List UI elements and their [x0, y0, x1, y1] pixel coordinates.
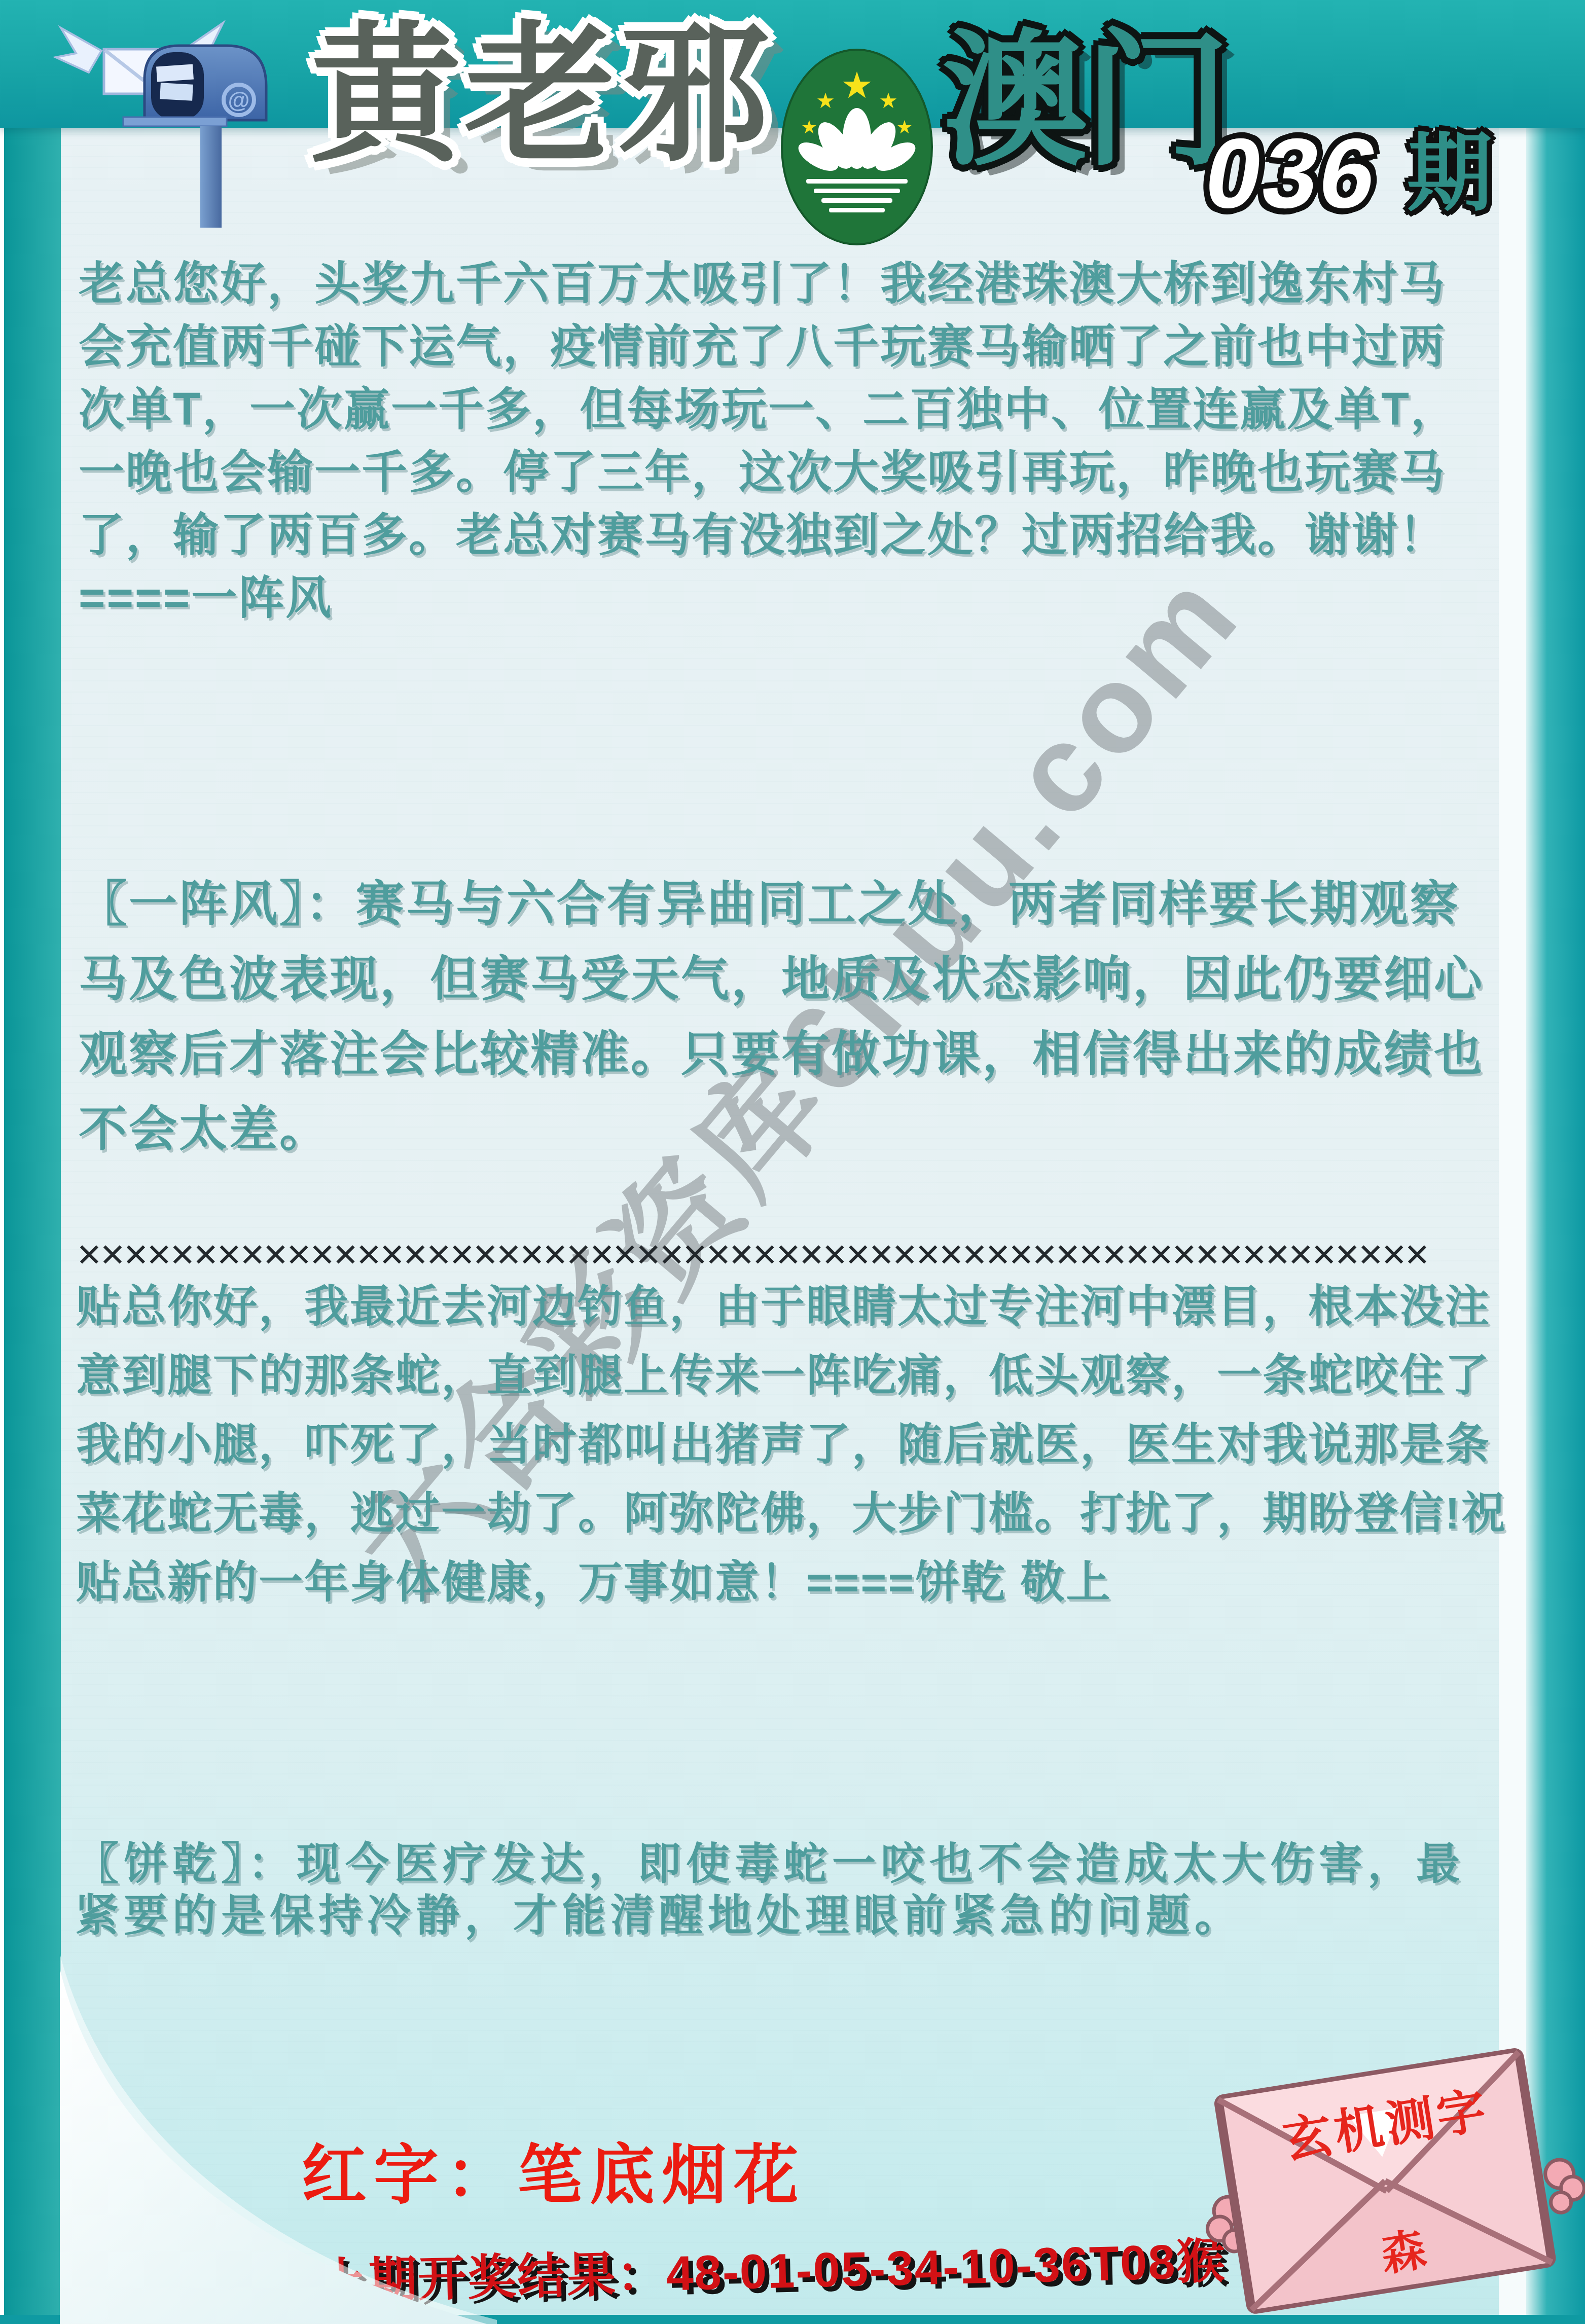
letter-line: 意到腿下的那条蛇，直到腿上传来一阵吃痛，低头观察，一条蛇咬住了	[76, 1341, 1507, 1410]
letter-1: 老总您好，头奖九千六百万太吸引了！我经港珠澳大桥到逸东村马 会充值两千碰下运气，…	[79, 252, 1458, 630]
stitch-divider: ✕✕✕✕✕✕✕✕✕✕✕✕✕✕✕✕✕✕✕✕✕✕✕✕✕✕✕✕✕✕✕✕✕✕✕✕✕✕✕✕…	[76, 1238, 1503, 1274]
svg-text:@: @	[228, 88, 250, 113]
reply-line: 不会太差。	[79, 1092, 1484, 1167]
reply-line: 〖饼乾〗：现今医疗发达，即使毒蛇一咬也不会造成太大伤害，最	[75, 1838, 1465, 1890]
issue-suffix: 期	[1407, 131, 1492, 216]
reply-line: 马及色波表现，但赛马受天气，地质及状态影响，因此仍要细心	[79, 942, 1484, 1017]
letter-signature: ====一阵风	[79, 567, 1458, 630]
page-curl	[0, 1949, 497, 2324]
svg-text:★: ★	[801, 117, 817, 137]
page-title: 黄老邪	[310, 20, 773, 171]
letter-line: 我的小腿，吓死了，当时都叫出猪声了，随后就医，医生对我说那是条	[76, 1410, 1507, 1479]
letter-line: 了，输了两百多。老总对赛马有没独到之处？过两招给我。谢谢！	[79, 504, 1458, 567]
poster-canvas: 六合彩资库6huu.com @ 黄老邪 ★ ★	[0, 0, 1585, 2324]
svg-text:★: ★	[896, 117, 913, 137]
letter-line: 一晚也会输一千多。停了三年，这次大奖吸引再玩，昨晚也玩赛马	[79, 441, 1458, 504]
reply-line: 紧要的是保持冷静，才能清醒地处理眼前紧急的问题。	[75, 1890, 1465, 1942]
reply-line: 观察后才落注会比较精准。只要有做功课，相信得出来的成绩也	[79, 1017, 1484, 1092]
letter-2: 贴总你好，我最近去河边钓鱼，由于眼睛太过专注河中漂目，根本没注 意到腿下的那条蛇…	[76, 1273, 1507, 1617]
issue-number: 036	[1198, 124, 1387, 223]
mystic-envelope: 玄机测字 森	[1197, 2023, 1585, 2324]
paper-right-edge	[1499, 0, 1526, 2324]
letter-line: 贴总你好，我最近去河边钓鱼，由于眼睛太过专注河中漂目，根本没注	[76, 1273, 1507, 1341]
reply-2: 〖饼乾〗：现今医疗发达，即使毒蛇一咬也不会造成太大伤害，最 紧要的是保持冷静，才…	[75, 1838, 1465, 1942]
region-title: 澳门	[942, 28, 1226, 174]
letter-line: 次单T，一次赢一千多，但每场玩一、二百独中、位置连赢及单T，	[79, 378, 1458, 441]
svg-text:★: ★	[816, 89, 835, 113]
mailbox-icon: @	[48, 3, 286, 236]
letter-line: 菜花蛇无毒，逃过一劫了。阿弥陀佛，大步门槛。打扰了，期盼登信!祝	[76, 1479, 1507, 1548]
svg-text:★: ★	[841, 65, 874, 106]
reply-1: 〖一阵风〗：赛马与六合有异曲同工之处，两者同样要长期观察 马及色波表现，但赛马受…	[79, 867, 1484, 1167]
letter-line: 会充值两千碰下运气，疫情前充了八千玩赛马输晒了之前也中过两	[79, 315, 1458, 378]
right-teal-margin	[1526, 0, 1585, 2324]
macau-lotus-flag-logo: ★ ★ ★ ★ ★	[781, 48, 933, 246]
letter-line: 老总您好，头奖九千六百万太吸引了！我经港珠澳大桥到逸东村马	[79, 252, 1458, 315]
envelope-seal-text: 森	[1378, 2224, 1429, 2281]
reply-line: 〖一阵风〗：赛马与六合有异曲同工之处，两者同样要长期观察	[79, 867, 1484, 942]
svg-text:★: ★	[879, 89, 898, 113]
letter-signature: 贴总新的一年身体健康，万事如意！====饼乾 敬上	[76, 1548, 1507, 1617]
